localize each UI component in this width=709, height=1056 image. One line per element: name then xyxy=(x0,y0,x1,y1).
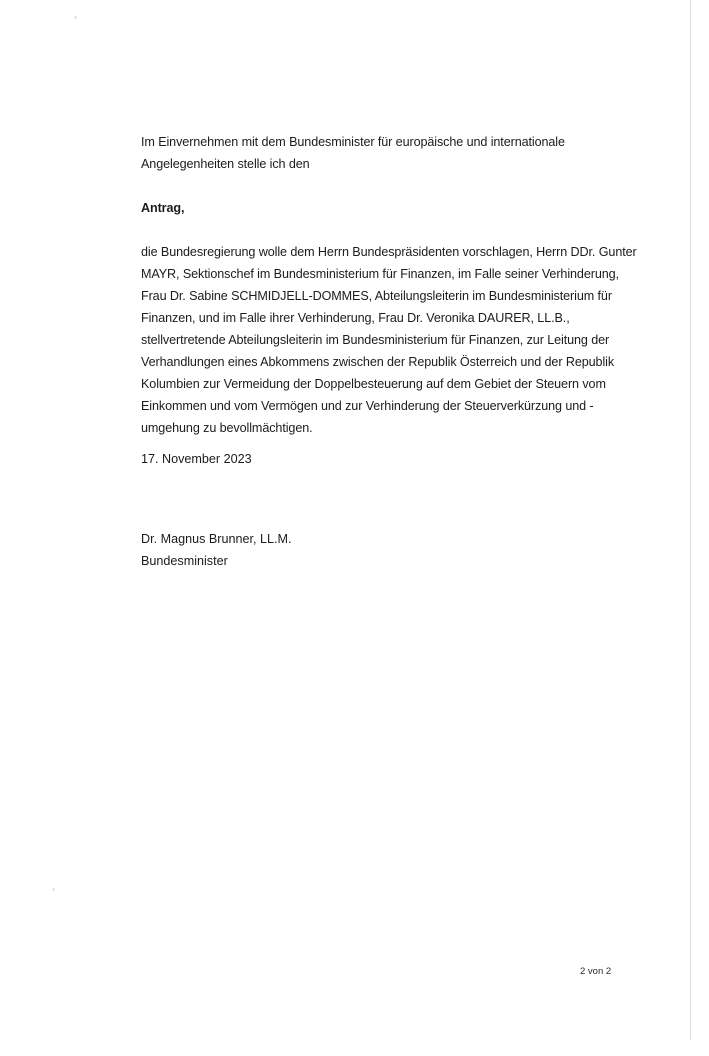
page-number: 2 von 2 xyxy=(580,965,611,979)
body-line: umgehung zu bevollmächtigen. xyxy=(141,417,621,439)
request-heading: Antrag, xyxy=(141,197,621,219)
body-line: Verhandlungen eines Abkommens zwischen d… xyxy=(141,351,621,373)
body-line: die Bundesregierung wolle dem Herrn Bund… xyxy=(141,241,621,263)
signatory-name: Dr. Magnus Brunner, LL.M. xyxy=(141,528,292,550)
signatory-title: Bundesminister xyxy=(141,550,292,572)
scan-speck xyxy=(74,16,77,19)
document-date: 17. November 2023 xyxy=(141,448,252,470)
body-line: MAYR, Sektionschef im Bundesministerium … xyxy=(141,263,621,285)
intro-paragraph: Im Einvernehmen mit dem Bundesminister f… xyxy=(141,131,621,175)
document-body: Im Einvernehmen mit dem Bundesminister f… xyxy=(141,131,621,439)
body-line: Frau Dr. Sabine SCHMIDJELL-DOMMES, Abtei… xyxy=(141,285,621,307)
body-line: Kolumbien zur Vermeidung der Doppelbeste… xyxy=(141,373,621,395)
body-line: Einkommen und vom Vermögen und zur Verhi… xyxy=(141,395,621,417)
page-edge xyxy=(690,0,691,1040)
request-paragraph: die Bundesregierung wolle dem Herrn Bund… xyxy=(141,241,621,439)
intro-line: Angelegenheiten stelle ich den xyxy=(141,153,621,175)
body-line: stellvertretende Abteilungsleiterin im B… xyxy=(141,329,621,351)
signature-block: Dr. Magnus Brunner, LL.M. Bundesminister xyxy=(141,528,292,572)
body-line: Finanzen, und im Falle ihrer Verhinderun… xyxy=(141,307,621,329)
scan-speck xyxy=(52,888,55,891)
intro-line: Im Einvernehmen mit dem Bundesminister f… xyxy=(141,131,621,153)
